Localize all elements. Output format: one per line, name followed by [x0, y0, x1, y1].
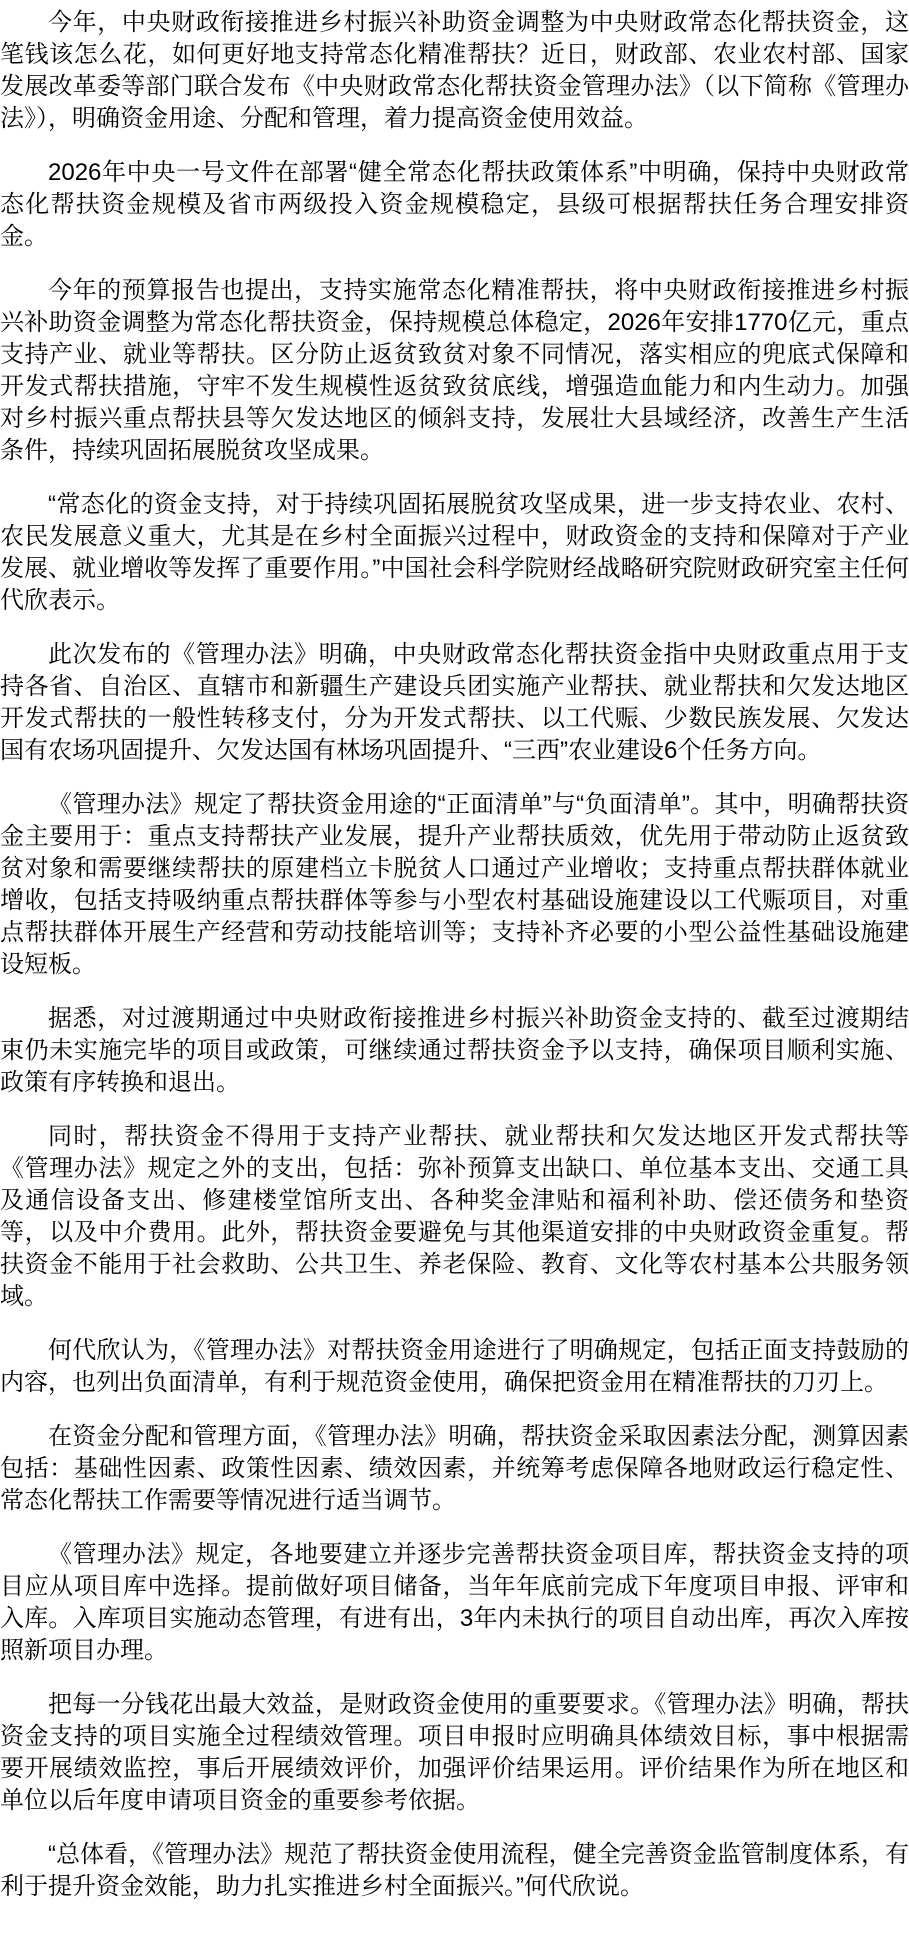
- article-body: 今年，中央财政衔接推进乡村振兴补助资金调整为中央财政常态化帮扶资金，这笔钱该怎么…: [0, 0, 909, 1903]
- paragraph-7: 据悉，对过渡期通过中央财政衔接推进乡村振兴补助资金支持的、截至过渡期结束仍未实施…: [0, 1003, 909, 1099]
- paragraph-10: 在资金分配和管理方面，《管理办法》明确，帮扶资金采取因素法分配，测算因素包括：基…: [0, 1421, 909, 1517]
- paragraph-6: 《管理办法》规定了帮扶资金用途的“正面清单”与“负面清单”。其中，明确帮扶资金主…: [0, 789, 909, 981]
- paragraph-2: 2026年中央一号文件在部署“健全常态化帮扶政策体系”中明确，保持中央财政常态化…: [0, 157, 909, 253]
- paragraph-1: 今年，中央财政衔接推进乡村振兴补助资金调整为中央财政常态化帮扶资金，这笔钱该怎么…: [0, 7, 909, 135]
- paragraph-11: 《管理办法》规定，各地要建立并逐步完善帮扶资金项目库，帮扶资金支持的项目应从项目…: [0, 1539, 909, 1667]
- paragraph-12: 把每一分钱花出最大效益，是财政资金使用的重要要求。《管理办法》明确，帮扶资金支持…: [0, 1689, 909, 1817]
- paragraph-5: 此次发布的《管理办法》明确，中央财政常态化帮扶资金指中央财政重点用于支持各省、自…: [0, 639, 909, 767]
- paragraph-13: “总体看，《管理办法》规范了帮扶资金使用流程，健全完善资金监管制度体系，有利于提…: [0, 1839, 909, 1903]
- paragraph-9: 何代欣认为，《管理办法》对帮扶资金用途进行了明确规定，包括正面支持鼓励的内容，也…: [0, 1335, 909, 1399]
- paragraph-8: 同时，帮扶资金不得用于支持产业帮扶、就业帮扶和欠发达地区开发式帮扶等《管理办法》…: [0, 1121, 909, 1313]
- paragraph-3: 今年的预算报告也提出，支持实施常态化精准帮扶，将中央财政衔接推进乡村振兴补助资金…: [0, 275, 909, 467]
- paragraph-4: “常态化的资金支持，对于持续巩固拓展脱贫攻坚成果，进一步支持农业、农村、农民发展…: [0, 489, 909, 617]
